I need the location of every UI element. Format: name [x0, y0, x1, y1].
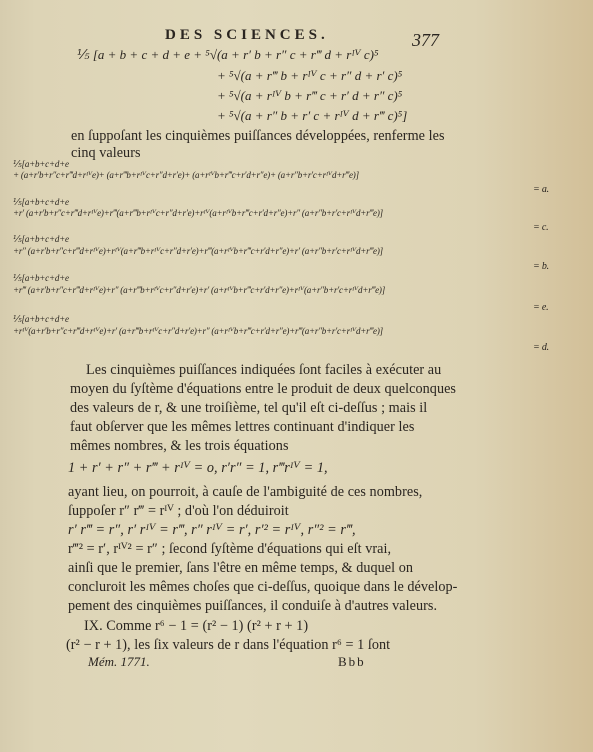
paragraph-2-line-7: pement des cinquièmes puiſſances, il con… [68, 598, 437, 615]
value-eq-4-prefix: ⅕[a+b+c+d+e [13, 273, 69, 284]
formula-line-4: + ⁵√(a + r″ b + r′ c + rᴵⱽ d + r‴ c)⁵] [217, 108, 407, 124]
intro-line-1: en ſuppoſant les cinquièmes puiſſances d… [71, 128, 445, 145]
value-eq-5-result: = d. [533, 342, 549, 353]
value-eq-1-result: = a. [533, 184, 549, 195]
paragraph-1-line-1: Les cinquièmes puiſſances indiquées ſont… [86, 362, 441, 379]
value-eq-1-prefix: ⅕[a+b+c+d+e [13, 159, 69, 170]
page-number: 377 [412, 30, 439, 51]
value-eq-3-result: = b. [533, 261, 549, 272]
value-eq-3-prefix: ⅕[a+b+c+d+e [13, 234, 69, 245]
value-eq-2-body: +r′ (a+r′b+r″c+r‴d+rᴵⱽe)+r‴(a+r‴b+rᴵⱽc+r… [13, 208, 383, 219]
value-eq-5-prefix: ⅕[a+b+c+d+e [13, 314, 69, 325]
paragraph-1-line-2: moyen du ſyſtème d'équations entre le pr… [70, 381, 456, 398]
value-eq-1-body: + (a+r′b+r″c+r‴d+rᴵⱽe)+ (a+r‴b+rᴵⱽc+r″d+… [13, 170, 359, 181]
paragraph-2-line-3: r′ r‴ = r″, r′ rᴵⱽ = r‴, r″ rᴵⱽ = r′, r′… [68, 522, 356, 539]
formula-line-1: ⅕ [a + b + c + d + e + ⁵√(a + r′ b + r″ … [77, 47, 379, 63]
value-eq-3-body: +r″ (a+r′b+r″c+r‴d+rᴵⱽe)+rᴵⱽ(a+r‴b+rᴵⱽc+… [13, 246, 383, 257]
value-eq-2-prefix: ⅕[a+b+c+d+e [13, 197, 69, 208]
paragraph-1-line-3: des valeurs de r, & une troiſième, tel q… [70, 400, 427, 417]
formula-line-3: + ⁵√(a + rᴵⱽ b + r‴ c + r′ d + r″ c)⁵ [217, 88, 402, 104]
paragraph-1-line-4: faut obſerver que les mêmes lettres cont… [70, 419, 414, 436]
value-eq-2-result: = c. [533, 222, 548, 233]
value-eq-4-body: +r‴ (a+r′b+r″c+r‴d+rᴵⱽe)+r″ (a+r‴b+rᴵⱽc+… [13, 285, 385, 296]
formula-line-2: + ⁵√(a + r‴ b + rᴵⱽ c + r″ d + r′ c)⁵ [217, 68, 402, 84]
paragraph-2-line-1: ayant lieu, on pourroit, à cauſe de l'am… [68, 484, 422, 501]
paragraph-2-line-4: r‴² = r′, rᴵⱽ² = r″ ; ſecond ſyſtème d'é… [68, 541, 391, 558]
value-eq-5-body: +rᴵⱽ(a+r′b+r″c+r‴d+rᴵⱽe)+r′ (a+r‴b+rᴵⱽc+… [13, 326, 383, 337]
footer-signature: Bbb [338, 654, 366, 670]
paragraph-3-line-1: IX. Comme r⁶ − 1 = (r² − 1) (r² + r + 1) [84, 618, 308, 635]
document-page: DES SCIENCES. 377 ⅕ [a + b + c + d + e +… [0, 0, 593, 752]
running-header: DES SCIENCES. [165, 27, 329, 44]
paragraph-2-line-2: ſuppoſer r″ r‴ = rᴵⱽ ; d'où l'on déduiro… [68, 503, 289, 520]
paragraph-2-line-5: ainſi que le premier, ſans l'être en mêm… [68, 560, 413, 577]
paragraph-3-line-2: (r² − r + 1), les ſix valeurs de r dans … [66, 637, 390, 654]
paragraph-1-line-5: mêmes nombres, & les trois équations [70, 438, 289, 455]
footer-volume: Mém. 1771. [88, 654, 150, 670]
root-equations-line: 1 + r′ + r″ + r‴ + rᴵⱽ = o, r′r″ = 1, r‴… [68, 460, 328, 477]
paragraph-2-line-6: concluroit les mêmes choſes que ci-deſſu… [68, 579, 457, 596]
intro-line-2: cinq valeurs [71, 145, 141, 162]
value-eq-4-result: = e. [533, 302, 548, 313]
